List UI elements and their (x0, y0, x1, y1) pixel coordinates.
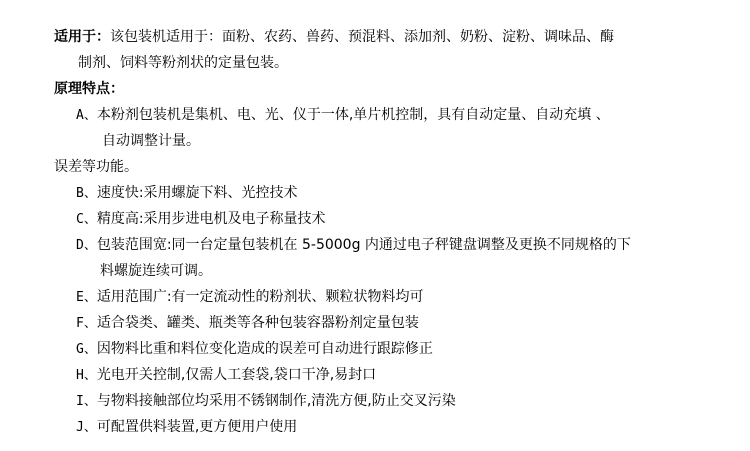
item-text: 光电开关控制,仅需人工套袋,袋口干净,易封口 (97, 367, 376, 383)
item-letter: I、 (76, 394, 97, 409)
item-letter: G、 (76, 342, 97, 357)
item-text: 精度高:采用步进电机及电子称量技术 (97, 211, 326, 227)
applicable-paragraph: 适用于：该包装机适用于：面粉、农药、兽药、预混料、添加剂、奶粉、淀粉、调味品、酶 (54, 28, 614, 46)
item-text: 速度快:采用螺旋下料、光控技术 (97, 185, 298, 201)
item-text: 可配置供料装置,更方便用户使用 (97, 419, 297, 435)
feature-item-h: H、光电开关控制,仅需人工套袋,袋口干净,易封口 (76, 366, 376, 385)
feature-item-a-line2: 自动调整计量。 (102, 132, 200, 150)
applicable-text-line1: 该包装机适用于：面粉、农药、兽药、预混料、添加剂、奶粉、淀粉、调味品、酶 (110, 29, 614, 45)
item-text: 适合袋类、罐类、瓶类等各种包装容器粉剂定量包装 (97, 315, 419, 331)
item-letter: J、 (76, 420, 97, 435)
applicable-label: 适用于： (54, 29, 110, 45)
item-text: 适用范围广:有一定流动性的粉剂状、颗粒状物料均可 (97, 289, 424, 305)
item-letter: E、 (76, 290, 97, 305)
feature-item-b: B、速度快:采用螺旋下料、光控技术 (76, 184, 298, 203)
item-letter: C、 (76, 212, 97, 227)
item-letter: H、 (76, 368, 97, 383)
item-letter: F、 (76, 316, 97, 331)
item-letter: B、 (76, 186, 97, 201)
item-letter: A、 (76, 108, 97, 123)
feature-item-e: E、适用范围广:有一定流动性的粉剂状、颗粒状物料均可 (76, 288, 424, 307)
feature-item-j: J、可配置供料装置,更方便用户使用 (76, 418, 297, 437)
feature-item-c: C、精度高:采用步进电机及电子称量技术 (76, 210, 326, 229)
feature-item-d: D、包装范围宽:同一台定量包装机在 5-5000g 内通过电子秤键盘调整及更换不… (76, 236, 631, 255)
item-letter: D、 (76, 238, 97, 253)
applicable-text-line2: 制剂、饲料等粉剂状的定量包装。 (78, 54, 288, 72)
item-text: 包装范围宽:同一台定量包装机在 5-5000g 内通过电子秤键盘调整及更换不同规… (97, 237, 631, 253)
feature-item-i: I、与物料接触部位均采用不锈钢制作,清洗方便,防止交叉污染 (76, 392, 456, 411)
item-text: 与物料接触部位均采用不锈钢制作,清洗方便,防止交叉污染 (97, 393, 456, 409)
item-text: 因物料比重和料位变化造成的误差可自动进行跟踪修正 (97, 341, 433, 357)
principle-heading: 原理特点： (54, 80, 124, 98)
item-text: 本粉剂包装机是集机、电、光、仪于一体,单片机控制，具有自动定量、自动充填 、 (97, 107, 610, 123)
feature-item-f: F、适合袋类、罐类、瓶类等各种包装容器粉剂定量包装 (76, 314, 419, 333)
feature-item-g: G、因物料比重和料位变化造成的误差可自动进行跟踪修正 (76, 340, 433, 359)
feature-item-d-line2: 料螺旋连续可调。 (100, 262, 212, 280)
feature-item-a: A、本粉剂包装机是集机、电、光、仪于一体,单片机控制，具有自动定量、自动充填 、 (76, 106, 610, 125)
feature-item-a-continuation: 误差等功能。 (54, 158, 138, 176)
